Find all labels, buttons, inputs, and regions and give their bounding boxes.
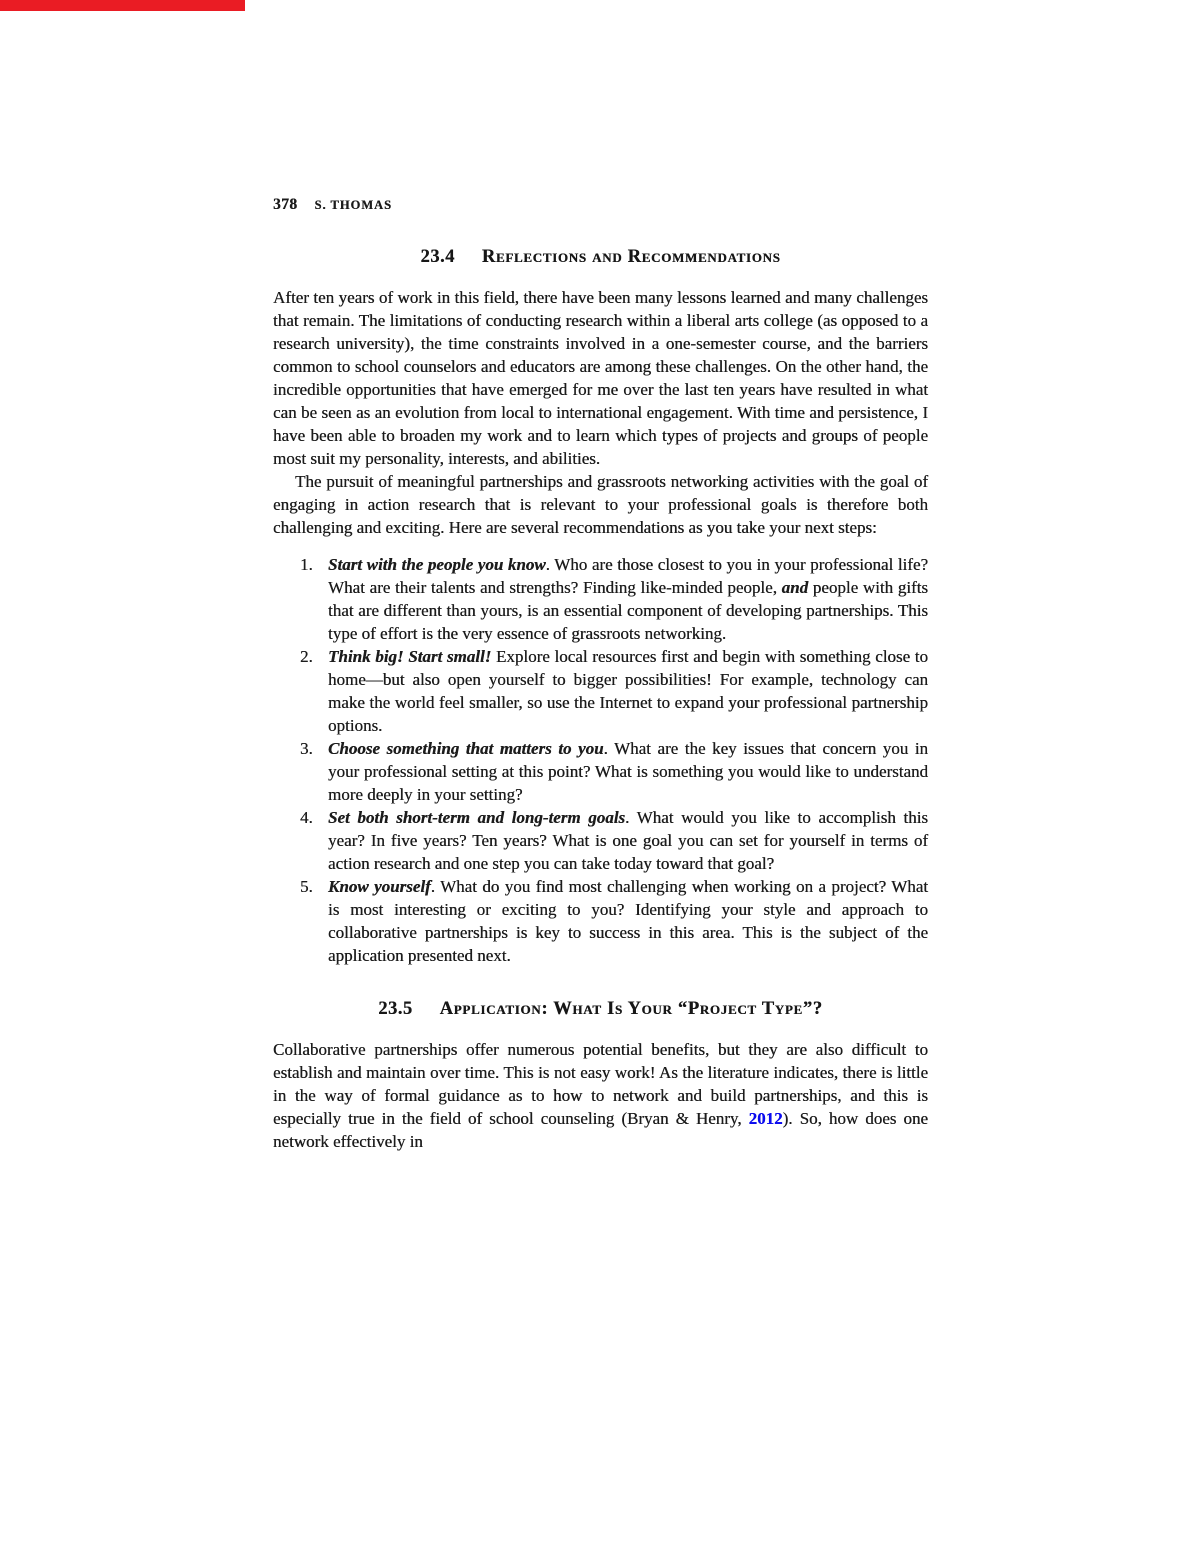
citation-link-2012[interactable]: 2012 bbox=[749, 1109, 783, 1128]
emphasis-text: Start with the people you know bbox=[328, 555, 546, 574]
list-item-text: Choose something that matters to you. Wh… bbox=[328, 737, 928, 806]
section-number: 23.5 bbox=[378, 999, 412, 1019]
list-item-text: Set both short-term and long-term goals.… bbox=[328, 806, 928, 875]
paragraph-application: Collaborative partnerships offer numerou… bbox=[273, 1038, 928, 1153]
list-number: 5. bbox=[300, 875, 328, 967]
section-heading-23-4: 23.4Reflections and Recommendations bbox=[273, 245, 928, 269]
paragraph-intro: After ten years of work in this field, t… bbox=[273, 286, 928, 470]
list-item: 5. Know yourself. What do you find most … bbox=[300, 875, 928, 967]
list-item: 1. Start with the people you know. Who a… bbox=[300, 553, 928, 645]
viewer-banner-fragment bbox=[0, 0, 245, 11]
page-content: 378S. THOMAS 23.4Reflections and Recomme… bbox=[273, 196, 928, 1153]
recommendations-list: 1. Start with the people you know. Who a… bbox=[273, 553, 928, 967]
section-title: Application: What Is Your “Project Type”… bbox=[440, 999, 823, 1019]
book-page: 378S. THOMAS 23.4Reflections and Recomme… bbox=[0, 0, 1200, 1553]
emphasis-text: and bbox=[782, 578, 808, 597]
list-number: 3. bbox=[300, 737, 328, 806]
page-number: 378 bbox=[273, 196, 297, 213]
list-number: 4. bbox=[300, 806, 328, 875]
section-title: Reflections and Recommendations bbox=[482, 247, 781, 267]
section-heading-23-5: 23.5Application: What Is Your “Project T… bbox=[273, 997, 928, 1021]
emphasis-text: Choose something that matters to you bbox=[328, 739, 604, 758]
section-number: 23.4 bbox=[420, 247, 454, 267]
list-item-text: Know yourself. What do you find most cha… bbox=[328, 875, 928, 967]
page-header: 378S. THOMAS bbox=[273, 196, 928, 215]
list-number: 1. bbox=[300, 553, 328, 645]
emphasis-text: Know yourself bbox=[328, 877, 431, 896]
list-item: 4. Set both short-term and long-term goa… bbox=[300, 806, 928, 875]
list-item-text: Think big! Start small! Explore local re… bbox=[328, 645, 928, 737]
list-number: 2. bbox=[300, 645, 328, 737]
list-item-text: Start with the people you know. Who are … bbox=[328, 553, 928, 645]
list-item: 3. Choose something that matters to you.… bbox=[300, 737, 928, 806]
running-head: S. THOMAS bbox=[314, 198, 392, 212]
paragraph-pursuit: The pursuit of meaningful partnerships a… bbox=[273, 470, 928, 539]
emphasis-text: Set both short-term and long-term goals bbox=[328, 808, 625, 827]
emphasis-text: Think big! Start small! bbox=[328, 647, 491, 666]
list-item: 2. Think big! Start small! Explore local… bbox=[300, 645, 928, 737]
